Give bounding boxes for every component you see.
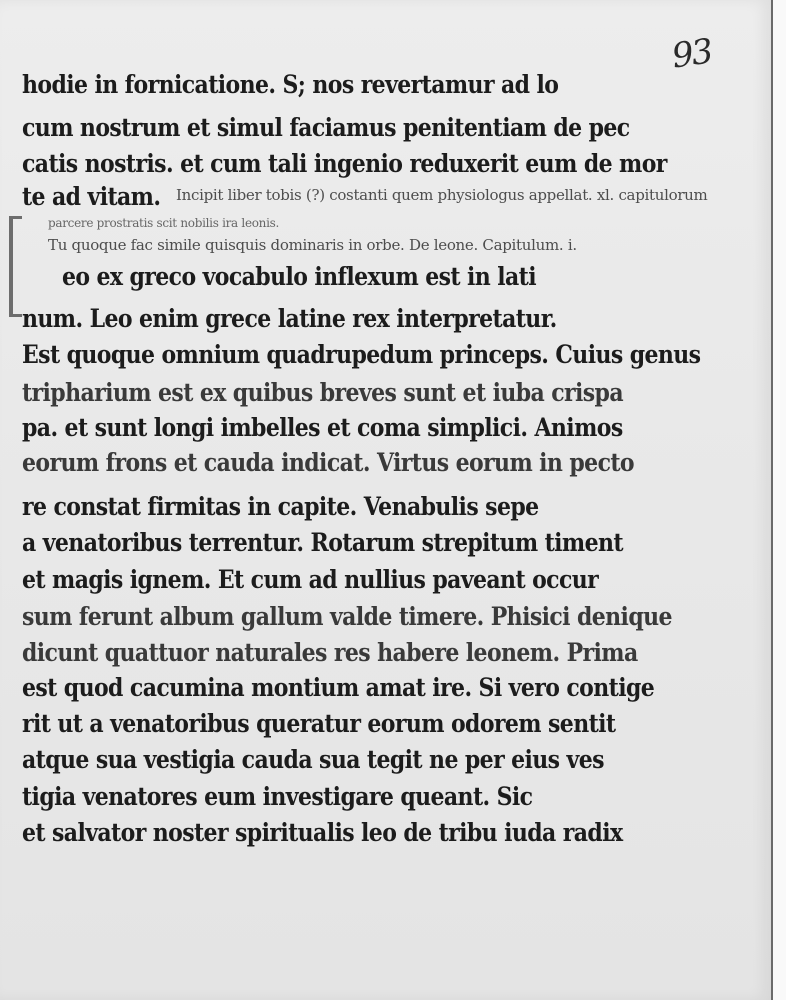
chapter-line-14: atque sua vestigia cauda sua tegit ne pe… [22,745,604,775]
chapter-line-6: eorum frons et cauda indicat. Virtus eor… [22,448,634,478]
chapter-line-4: tripharium est ex quibus breves sunt et … [22,378,623,408]
decorated-initial-L [9,216,22,317]
chapter-line-10: sum ferunt album gallum valde timere. Ph… [22,602,672,632]
text-line-4: te ad vitam. [22,182,160,212]
marginal-gloss-2: Tu quoque fac simile quisquis dominaris … [48,236,577,254]
marginal-gloss-1: parcere prostratis scit nobilis ira leon… [48,216,279,230]
chapter-line-13: rit ut a venatoribus queratur eorum odor… [22,709,615,739]
chapter-line-15: tigia venatores eum investigare queant. … [22,782,532,812]
chapter-line-5: pa. et sunt longi imbelles et coma simpl… [22,413,623,443]
page-edge [773,0,786,1000]
manuscript-page: 93 hodie in fornicatione. S; nos reverta… [0,0,773,1000]
folio-number: 93 [669,31,713,76]
chapter-line-7: re constat firmitas in capite. Venabulis… [22,492,539,522]
chapter-line-12: est quod cacumina montium amat ire. Si v… [22,673,654,703]
chapter-line-8: a venatoribus terrentur. Rotarum strepit… [22,528,623,558]
chapter-line-3: Est quoque omnium quadrupedum princeps. … [22,340,700,370]
rubric-heading: Incipit liber tobis (?) costanti quem ph… [176,186,707,204]
chapter-line-11: dicunt quattuor naturales res habere leo… [22,638,638,668]
chapter-line-2: num. Leo enim grece latine rex interpret… [22,304,557,334]
text-line-2: cum nostrum et simul faciamus penitentia… [22,113,630,143]
chapter-line-1: eo ex greco vocabulo inflexum est in lat… [62,262,536,292]
chapter-line-16: et salvator noster spiritualis leo de tr… [22,818,622,848]
text-line-1: hodie in fornicatione. S; nos revertamur… [22,70,558,100]
chapter-line-9: et magis ignem. Et cum ad nullius pavean… [22,565,598,595]
text-line-3: catis nostris. et cum tali ingenio redux… [22,149,667,179]
